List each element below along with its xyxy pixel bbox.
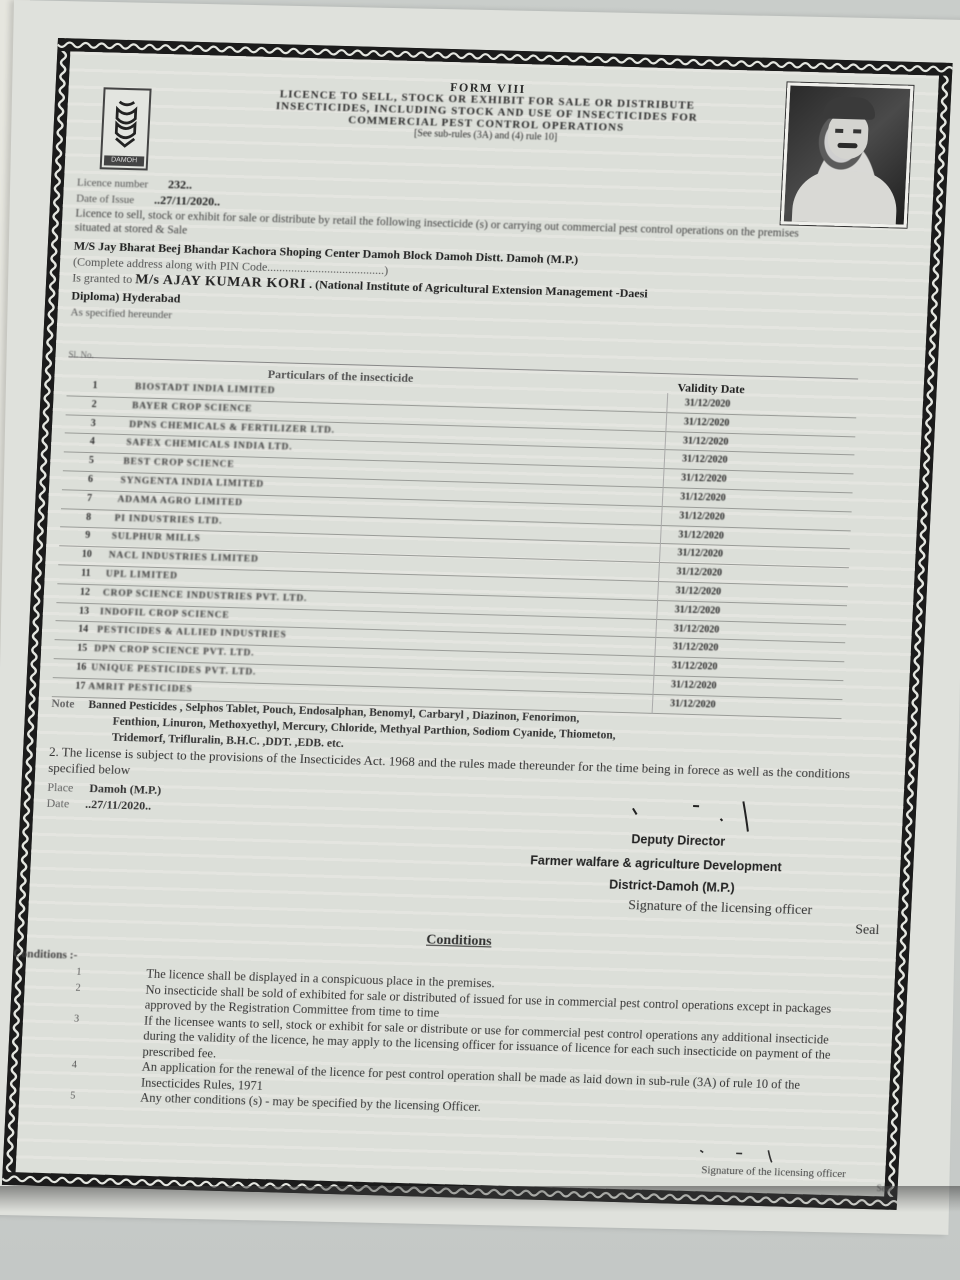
page-edge-shadow (0, 1186, 960, 1212)
row-validity-date: 31/12/2020 (673, 623, 719, 635)
row-sno: 2 (84, 399, 105, 411)
licence-number-value: 232.. (168, 177, 193, 192)
row-insecticide-company: DPNS CHEMICALS & FERTILIZER LTD. (129, 420, 335, 436)
row-validity-date: 31/12/2020 (677, 548, 723, 560)
row-sno: 10 (77, 549, 98, 561)
place: PlaceDamoh (M.P.) (47, 780, 162, 798)
row-insecticide-company: SULPHUR MILLS (111, 532, 200, 544)
licensee-photo (781, 82, 914, 227)
row-validity-date: 31/12/2020 (685, 398, 731, 410)
row-insecticide-company: UPL LIMITED (106, 570, 178, 582)
specified-hereunder: As specified hereunder (70, 306, 172, 321)
note-label: Note (51, 698, 75, 711)
condition-number: 3 (74, 1011, 80, 1027)
row-sno: 14 (73, 624, 94, 636)
row-sno: 3 (83, 417, 104, 429)
conditions-signature-label: Signature of the licensing officer (701, 1164, 846, 1180)
date: Date..27/11/2020.. (46, 796, 151, 814)
row-sno: 16 (71, 662, 92, 674)
row-sno: 11 (76, 568, 97, 580)
condition-number: 5 (70, 1089, 76, 1105)
issue-date-value: ..27/11/2020.. (154, 193, 221, 209)
officer-seal-label: Seal (855, 923, 880, 940)
row-validity-date: 31/12/2020 (670, 698, 716, 710)
insecticide-table: Sl. No. Particulars of the insecticide V… (52, 356, 858, 718)
row-insecticide-company: BAYER CROP SCIENCE (132, 401, 253, 414)
row-validity-date: 31/12/2020 (676, 567, 722, 579)
row-validity-date: 31/12/2020 (675, 585, 721, 597)
licence-number-label: Licence number (77, 177, 149, 191)
row-sno: 8 (78, 511, 99, 523)
row-sno: 9 (77, 530, 98, 542)
row-validity-date: 31/12/2020 (674, 604, 720, 616)
row-insecticide-company: SYNGENTA INDIA LIMITED (120, 476, 264, 490)
issue-date-label: Date of Issue (76, 193, 135, 207)
row-sno: 4 (82, 436, 103, 448)
officer-district: District-Damoh (M.P.) (609, 878, 735, 895)
row-sno: 12 (75, 586, 96, 598)
wheat-emblem-icon (102, 89, 149, 160)
table-body: 1BIOSTADT INDIA LIMITED31/12/20202BAYER … (52, 377, 857, 718)
conditions-heading: Conditions (426, 933, 492, 951)
row-insecticide-company: UNIQUE PESTICIDES PVT. LTD. (91, 663, 256, 678)
row-validity-date: 31/12/2020 (680, 492, 726, 504)
row-insecticide-company: DPN CROP SCIENCE PVT. LTD. (94, 644, 255, 658)
row-validity-date: 31/12/2020 (678, 529, 724, 541)
conditions-label: Conditions :- (13, 948, 78, 962)
row-validity-date: 31/12/2020 (679, 510, 725, 522)
row-sno: 7 (79, 493, 100, 505)
row-sno: 6 (80, 474, 101, 486)
row-insecticide-company: INDOFIL CROP SCIENCE (100, 607, 230, 621)
condition-number: 4 (71, 1058, 77, 1074)
form-header: FORM VIII LICENCE TO SELL, STOCK OR EXHI… (205, 74, 768, 150)
row-insecticide-company: BEST CROP SCIENCE (123, 457, 235, 470)
condition-number: 1 (76, 965, 82, 981)
row-validity-date: 31/12/2020 (682, 454, 728, 466)
row-validity-date: 31/12/2020 (672, 661, 718, 673)
grantee-institute: . (National Institute of Agricultural Ex… (309, 277, 648, 300)
row-insecticide-company: PI INDUSTRIES LTD. (114, 513, 222, 526)
row-validity-date: 31/12/2020 (683, 435, 729, 447)
conditions-list: 1The licence shall be displayed in a con… (50, 964, 857, 1126)
department-logo: DAMOH (100, 87, 152, 170)
row-insecticide-company: SAFEX CHEMICALS INDIA LTD. (126, 438, 293, 453)
col-sno: Sl. No. (68, 349, 94, 360)
grantee-diploma: Diploma) Hyderabad (71, 288, 181, 306)
row-insecticide-company: BIOSTADT INDIA LIMITED (135, 382, 276, 396)
row-insecticide-company: PESTICIDES & ALLIED INDUSTRIES (97, 626, 287, 641)
licence-document: DAMOH FORM VIII LICENCE TO SELL, STOCK O… (2, 38, 953, 1210)
conditions-signature (696, 1142, 797, 1165)
row-validity-date: 31/12/2020 (673, 642, 719, 654)
officer-title: Deputy Director (631, 832, 725, 849)
licence-number: Licence number232.. (77, 175, 193, 193)
condition-number: 2 (75, 980, 81, 996)
row-insecticide-company: ADAMA AGRO LIMITED (117, 495, 243, 508)
row-insecticide-company: CROP SCIENCE INDUSTRIES PVT. LTD. (103, 588, 308, 604)
officer-department: Farmer walfare & agriculture Development (530, 854, 782, 875)
officer-signature-label: Signature of the licensing officer (628, 898, 813, 919)
granted-prefix: Is granted to (72, 270, 133, 286)
row-validity-date: 31/12/2020 (684, 416, 730, 428)
row-sno: 13 (74, 605, 95, 617)
row-validity-date: 31/12/2020 (671, 679, 717, 691)
logo-caption: DAMOH (104, 155, 144, 166)
row-insecticide-company: AMRIT PESTICIDES (88, 682, 193, 695)
row-sno: 15 (72, 643, 93, 655)
row-insecticide-company: NACL INDUSTRIES LIMITED (109, 551, 259, 565)
row-sno: 5 (81, 455, 102, 467)
row-sno: 1 (85, 380, 106, 392)
row-validity-date: 31/12/2020 (681, 473, 727, 485)
